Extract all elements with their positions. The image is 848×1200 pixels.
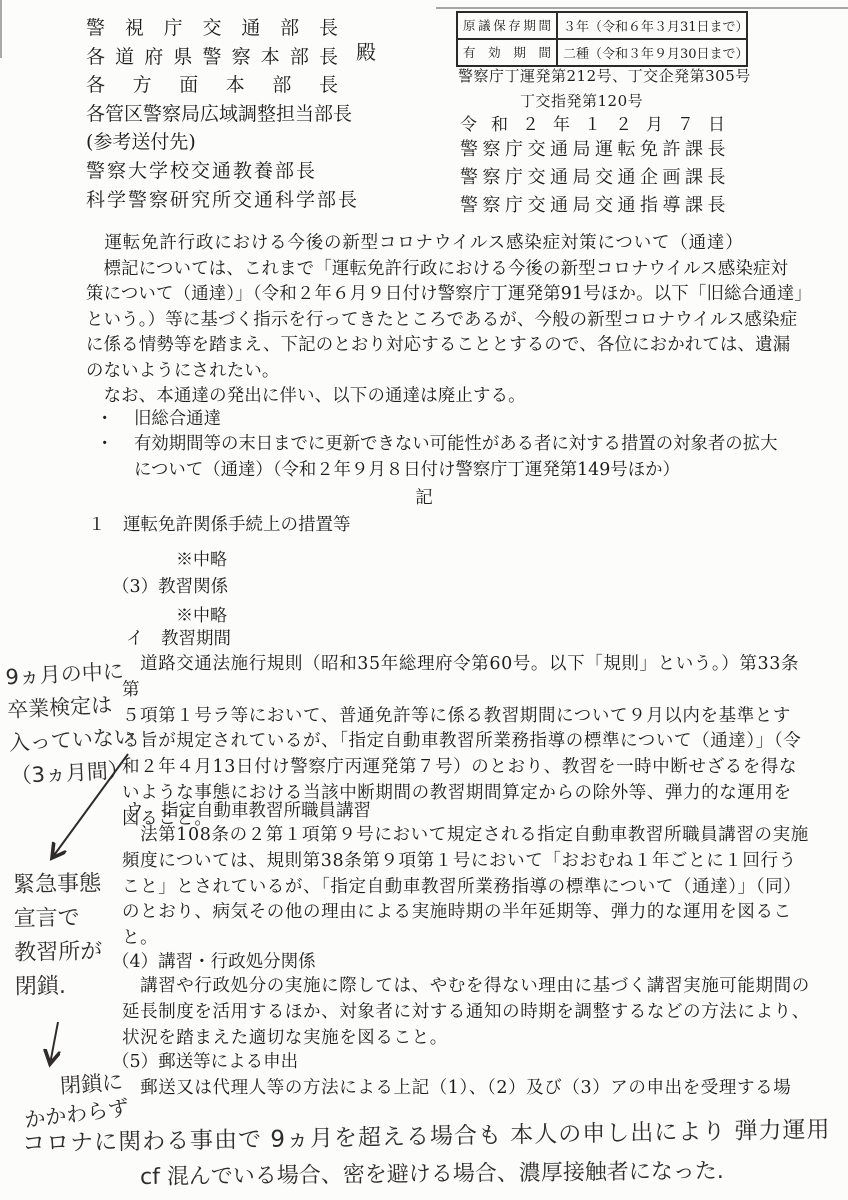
text-line: 和２年４月13日付け警察庁丙運発第７号）のとおり、教習を一時中断せざるを得な bbox=[122, 755, 814, 781]
item-u-heading: ウ 指定自動車教習所職員講習 bbox=[126, 797, 371, 822]
recipient-line: 警視庁交通部長 bbox=[86, 14, 338, 43]
text-line: 延長制度を活用するほか、対象者に対する通知の時期を調整するなどの方法により、 bbox=[122, 1000, 814, 1026]
list-item: について（通達）（令和２年９月８日付け警察庁丁運発第149号ほか） bbox=[96, 458, 777, 483]
handwritten-line: 9ヵ月の中に bbox=[5, 655, 133, 695]
sender-list: 警察庁交通局運転免許課長警察庁交通局交通企画課長警察庁交通局交通指導課長 bbox=[460, 136, 730, 220]
list-item: ・ 有効期間等の末日までに更新できない可能性がある者に対する措置の対象者の拡大 bbox=[96, 432, 777, 457]
text-line: ５項第１号ラ等において、普通免許等に係る教習期間について９月以内を基準とす bbox=[122, 704, 814, 730]
text-line: に係る情勢等を踏まえ、下記のとおり対応することとするので、各位におかれては、遺漏 bbox=[86, 333, 808, 358]
scan-artifact-top-line bbox=[436, 7, 848, 9]
handwritten-note-cf-examples: cf 混んでいる場合、密を避ける場合、濃厚接触者になった. bbox=[140, 1154, 724, 1191]
honorific-dono: 殿 bbox=[356, 36, 376, 65]
table-row-value: ３年（令和６年３月31日まで） bbox=[558, 13, 746, 38]
handwritten-line: 緊急事態 bbox=[13, 867, 102, 903]
recipient-line: 警察大学校交通教養部長 bbox=[86, 157, 338, 186]
section-1-heading: １ 運転免許関係手続上の措置等 bbox=[88, 511, 351, 536]
recipient-line: 科学警察研究所交通科学部長 bbox=[86, 186, 338, 215]
abolished-circulars-list: ・ 旧総合通達 ・ 有効期間等の末日までに更新できない可能性がある者に対する措置… bbox=[96, 407, 777, 483]
text-line: 法第108条の２第１項第９号において規定される指定自動車教習所職員講習の実施 bbox=[122, 823, 814, 849]
recipient-line: 各道府県警察本部長 bbox=[86, 43, 338, 72]
table-row-value: 二種（令和３年９月30日まで） bbox=[558, 40, 746, 65]
list-item-text: 有効期間等の末日までに更新できない可能性がある者に対する措置の対象者の拡大 bbox=[134, 432, 777, 457]
handwritten-note-exam-period: 9ヵ月の中に卒業検定は入っていない（3ヵ月間） bbox=[5, 655, 138, 793]
section-5-heading: （5）郵送等による申出 bbox=[112, 1048, 298, 1073]
intro-paragraph: 標記については、これまで「運転免許行政における今後の新型コロナウイルス感染症対策… bbox=[86, 257, 808, 409]
omitted-marker-1: ※中略 bbox=[176, 545, 227, 570]
handwritten-line: 宣言で bbox=[13, 901, 102, 937]
recipient-list: 警視庁交通部長各道府県警察本部長各方面本部長各管区警察局広域調整担当部長(参考送… bbox=[86, 14, 338, 214]
omitted-marker-2: ※中略 bbox=[176, 601, 227, 626]
text-line: のとおり、病気その他の理由による実施時期の半年延期等、弾力的な運用を図るこ bbox=[122, 900, 814, 926]
bullet-marker: ・ bbox=[96, 432, 134, 457]
text-line: のないようにされたい。 bbox=[86, 359, 808, 384]
handwritten-line: 閉鎖. bbox=[15, 969, 104, 1005]
text-line: 郵送又は代理人等の方法による上記（1）、（2）及び（3）アの申出を受理する場 bbox=[122, 1074, 814, 1099]
list-item: ・ 旧総合通達 bbox=[96, 407, 777, 432]
recipient-line: 各方面本部長 bbox=[86, 71, 338, 100]
text-line: という。）等に基づく指示を行ってきたところであるが、今般の新型コロナウイルス感染… bbox=[86, 308, 808, 333]
recipient-line: 各管区警察局広域調整担当部長 bbox=[86, 100, 338, 129]
section-4-paragraph: 講習や行政処分の実施に際しては、やむを得ない理由に基づく講習実施可能期間の延長制… bbox=[122, 974, 814, 1051]
issue-date: 令和２年１２月７日 bbox=[460, 110, 725, 135]
document-number-block: 警察庁丁運発第212号、丁交企発第305号 丁交指発第120号 bbox=[458, 64, 751, 114]
item-u-paragraph: 法第108条の２第１項第９号において規定される指定自動車教習所職員講習の実施頻度… bbox=[122, 823, 814, 952]
bullet-marker: ・ bbox=[96, 407, 134, 432]
recipient-line: (参考送付先) bbox=[86, 128, 338, 157]
table-row: 有効期間 二種（令和３年９月30日まで） bbox=[458, 38, 746, 65]
scanned-document-page: 警視庁交通部長各道府県警察本部長各方面本部長各管区警察局広域調整担当部長(参考送… bbox=[0, 0, 848, 1200]
arrow-down-icon bbox=[50, 1022, 58, 1064]
section-5-paragraph: 郵送又は代理人等の方法による上記（1）、（2）及び（3）アの申出を受理する場 bbox=[122, 1074, 814, 1099]
item-i-heading: イ 教習期間 bbox=[126, 625, 231, 650]
sender-line: 警察庁交通局交通企画課長 bbox=[460, 164, 730, 192]
text-line: 策について（通達）」（令和２年６月９日付け警察庁丁運発第91号ほか。以下「旧総合… bbox=[86, 282, 808, 307]
handwritten-note-flexible-operation: コロナに関わる事由で 9ヵ月を超える場合も 本人の申し出により 弾力運用 bbox=[22, 1111, 831, 1158]
text-line: こと」とされているが、「指定自動車教習所業務指導の標準について（通達）」（同） bbox=[122, 875, 814, 901]
bullet-marker bbox=[96, 458, 134, 483]
text-line: 頻度については、規則第38条第９項第１号において「おおむね１年ごとに１回行う bbox=[122, 849, 814, 875]
table-row-label: 有効期間 bbox=[458, 40, 558, 65]
section-3-heading: （3）教習関係 bbox=[112, 573, 228, 598]
document-number-line1: 警察庁丁運発第212号、丁交企発第305号 bbox=[458, 64, 751, 89]
list-item-text: 旧総合通達 bbox=[134, 407, 221, 432]
handwritten-line: 教習所が bbox=[14, 935, 103, 971]
text-line: る旨が規定されているが、「指定自動車教習所業務指導の標準について（通達）」（令 bbox=[122, 729, 814, 755]
scan-artifact-left-edge bbox=[0, 0, 2, 58]
section-4-heading: （4）講習・行政処分関係 bbox=[112, 948, 316, 973]
sender-line: 警察庁交通局運転免許課長 bbox=[460, 136, 730, 164]
retention-period-table: 原議保存期間 ３年（令和６年３月31日まで） 有効期間 二種（令和３年９月30日… bbox=[456, 11, 748, 67]
sender-line: 警察庁交通局交通指導課長 bbox=[460, 192, 730, 220]
handwritten-line: （3ヵ月間） bbox=[10, 754, 138, 794]
text-line: 講習や行政処分の実施に際しては、やむを得ない理由に基づく講習実施可能期間の bbox=[122, 974, 814, 1000]
ki-marker: 記 bbox=[0, 484, 848, 509]
table-row-label: 原議保存期間 bbox=[458, 13, 558, 38]
text-line: なお、本通達の発出に伴い、以下の通達は廃止する。 bbox=[86, 384, 808, 409]
handwritten-note-emergency-closure: 緊急事態宣言で教習所が閉鎖. bbox=[13, 867, 103, 1005]
text-line: 標記については、これまで「運転免許行政における今後の新型コロナウイルス感染症対 bbox=[86, 257, 808, 282]
table-row: 原議保存期間 ３年（令和６年３月31日まで） bbox=[458, 13, 746, 38]
text-line: 道路交通法施行規則（昭和35年総理府令第60号。以下「規則」という。）第33条第 bbox=[122, 652, 814, 704]
list-item-text: について（通達）（令和２年９月８日付け警察庁丁運発第149号ほか） bbox=[134, 458, 680, 483]
document-title: 運転免許行政における今後の新型コロナウイルス感染症対策について（通達） bbox=[0, 229, 848, 254]
